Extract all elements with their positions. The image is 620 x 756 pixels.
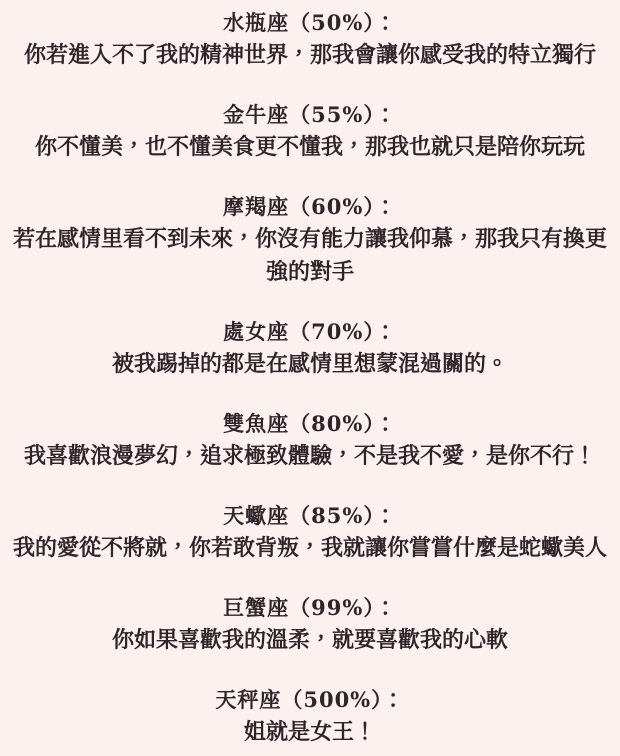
zodiac-section-scorpio: 天蠍座（85%）： 我的愛從不將就，你若敢背叛，我就讓你嘗嘗什麼是蛇蠍美人 (11, 499, 609, 565)
section-title: 處女座（70%）： (11, 315, 609, 348)
section-text: 若在感情里看不到未來，你沒有能力讓我仰慕，那我只有換更強的對手 (11, 223, 609, 289)
section-text: 姐就是女王！ (11, 716, 609, 749)
zodiac-section-virgo: 處女座（70%）： 被我踢掉的都是在感情里想蒙混過關的。 (11, 315, 609, 381)
section-text: 你若進入不了我的精神世界，那我會讓你感受我的特立獨行 (11, 39, 609, 72)
zodiac-list-page: 水瓶座（50%）： 你若進入不了我的精神世界，那我會讓你感受我的特立獨行 金牛座… (0, 0, 620, 756)
zodiac-section-aquarius: 水瓶座（50%）： 你若進入不了我的精神世界，那我會讓你感受我的特立獨行 (11, 6, 609, 72)
section-text: 被我踢掉的都是在感情里想蒙混過關的。 (11, 348, 609, 381)
section-title: 天蠍座（85%）： (11, 499, 609, 532)
zodiac-section-taurus: 金牛座（55%）： 你不懂美，也不懂美食更不懂我，那我也就只是陪你玩玩 (11, 98, 609, 164)
section-title: 天秤座（500%）： (11, 683, 609, 716)
section-title: 金牛座（55%）： (11, 98, 609, 131)
section-title: 雙魚座（80%）： (11, 407, 609, 440)
section-text: 我喜歡浪漫夢幻，追求極致體驗，不是我不愛，是你不行！ (11, 440, 609, 473)
section-text: 你如果喜歡我的溫柔，就要喜歡我的心軟 (11, 624, 609, 657)
section-text: 你不懂美，也不懂美食更不懂我，那我也就只是陪你玩玩 (11, 131, 609, 164)
section-title: 巨蟹座（99%）： (11, 591, 609, 624)
section-title: 摩羯座（60%）： (11, 190, 609, 223)
section-text: 我的愛從不將就，你若敢背叛，我就讓你嘗嘗什麼是蛇蠍美人 (11, 532, 609, 565)
section-title: 水瓶座（50%）： (11, 6, 609, 39)
zodiac-section-cancer: 巨蟹座（99%）： 你如果喜歡我的溫柔，就要喜歡我的心軟 (11, 591, 609, 657)
zodiac-section-pisces: 雙魚座（80%）： 我喜歡浪漫夢幻，追求極致體驗，不是我不愛，是你不行！ (11, 407, 609, 473)
zodiac-section-capricorn: 摩羯座（60%）： 若在感情里看不到未來，你沒有能力讓我仰慕，那我只有換更強的對… (11, 190, 609, 289)
zodiac-section-libra: 天秤座（500%）： 姐就是女王！ (11, 683, 609, 749)
